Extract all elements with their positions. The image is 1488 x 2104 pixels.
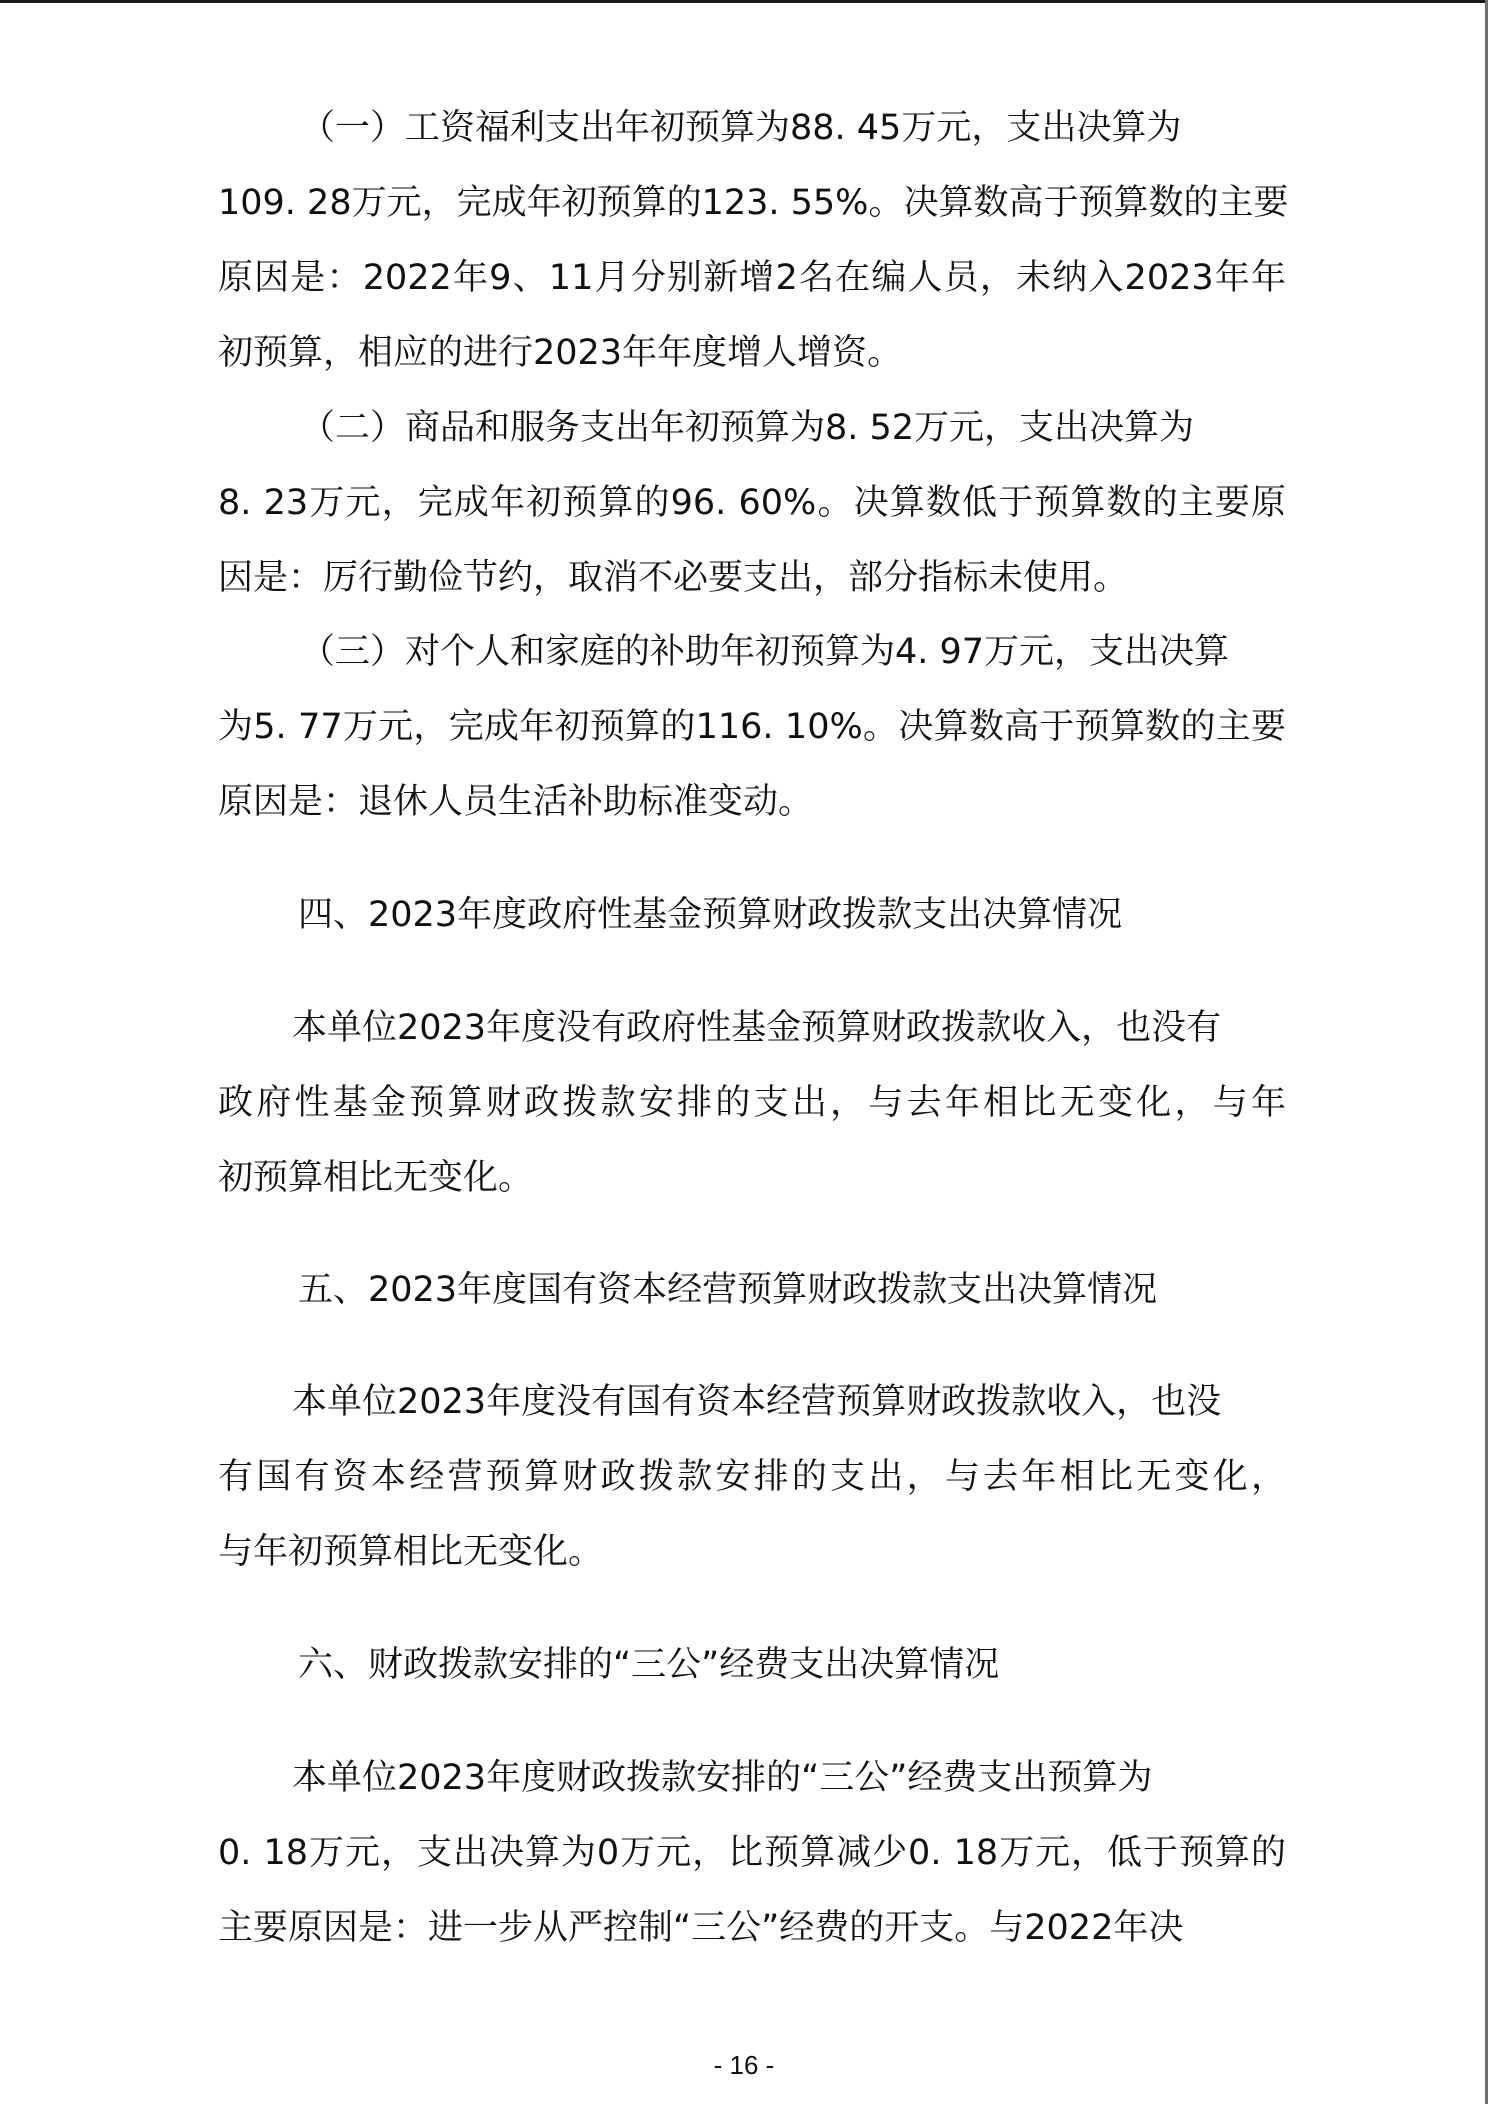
paragraph-line: 本单位2023年度财政拨款安排的“三公”经费支出预算为 — [292, 1754, 1286, 1802]
paragraph-line: （三）对个人和家庭的补助年初预算为4. 97万元，支出决算 — [300, 628, 1286, 676]
paragraph-line: 与年初预算相比无变化。 — [218, 1528, 1286, 1576]
paragraph-line: 初预算，相应的进行2023年年度增人增资。 — [218, 329, 1286, 377]
paragraph-line: 0. 18万元，支出决算为0万元，比预算减少0. 18万元，低于预算的 — [218, 1829, 1286, 1877]
paragraph-line: 原因是：2022年9、11月分别新增2名在编人员，未纳入2023年年 — [218, 254, 1286, 302]
paragraph-line: 因是：厉行勤俭节约，取消不必要支出，部分指标未使用。 — [218, 554, 1286, 602]
paragraph-line: 主要原因是：进一步从严控制“三公”经费的开支。与2022年决 — [218, 1904, 1286, 1952]
section-heading: 六、财政拨款安排的“三公”经费支出决算情况 — [298, 1641, 999, 1689]
paragraph-line: 本单位2023年度没有国有资本经营预算财政拨款收入，也没 — [292, 1378, 1286, 1426]
paragraph-line: 本单位2023年度没有政府性基金预算财政拨款收入，也没有 — [292, 1004, 1286, 1052]
section-heading: 五、2023年度国有资本经营预算财政拨款支出决算情况 — [298, 1266, 1157, 1314]
paragraph-line: 8. 23万元，完成年初预算的96. 60%。决算数低于预算数的主要原 — [218, 479, 1286, 527]
paragraph-line: 为5. 77万元，完成年初预算的116. 10%。决算数高于预算数的主要 — [218, 703, 1286, 751]
paragraph-line: 原因是：退休人员生活补助标准变动。 — [218, 778, 1286, 826]
paragraph-line: （一）工资福利支出年初预算为88. 45万元，支出决算为 — [300, 104, 1286, 152]
paragraph-line: （二）商品和服务支出年初预算为8. 52万元，支出决算为 — [300, 404, 1286, 452]
paragraph-line: 109. 28万元，完成年初预算的123. 55%。决算数高于预算数的主要 — [218, 179, 1286, 227]
section-heading: 四、2023年度政府性基金预算财政拨款支出决算情况 — [298, 891, 1122, 939]
page-number: - 16 - — [0, 2050, 1488, 2080]
paragraph-line: 政府性基金预算财政拨款安排的支出，与去年相比无变化，与年 — [218, 1079, 1286, 1127]
paragraph-line: 初预算相比无变化。 — [218, 1154, 1286, 1202]
page-top-border — [0, 0, 1488, 3]
paragraph-line: 有国有资本经营预算财政拨款安排的支出，与去年相比无变化， — [218, 1453, 1286, 1501]
